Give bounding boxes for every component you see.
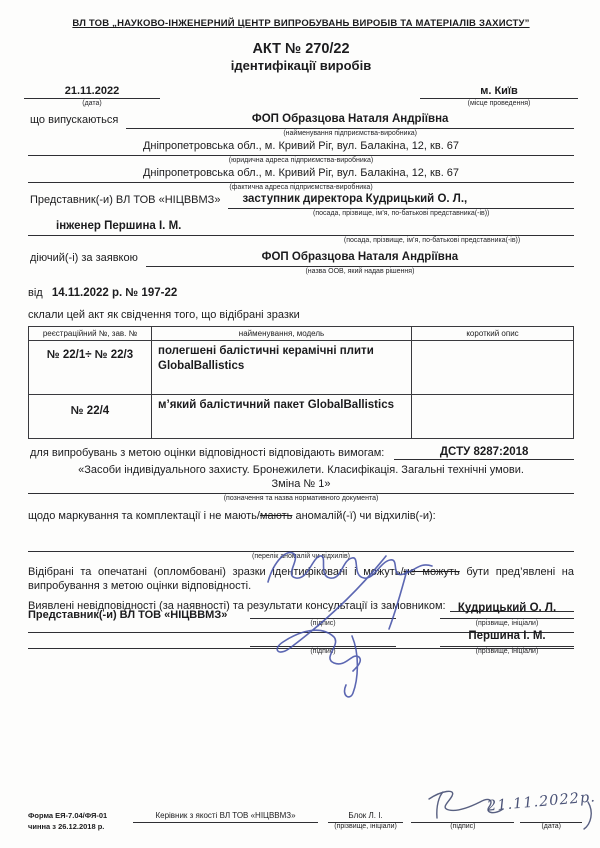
- sealed-text: Відібрані та опечатані (опломбовані) зра…: [28, 566, 404, 578]
- representative2-group: інженер Першина І. М. (посада, прізвище,…: [28, 220, 574, 245]
- standard-code: ДСТУ 8287:2018: [394, 446, 574, 460]
- representative-row-2: інженер Першина І. М. (посада, прізвище,…: [28, 220, 574, 245]
- standard-title-line1: «Засоби індивідуального захисту. Бронежи…: [78, 464, 524, 476]
- applicant-row: діючий(-і) за заявкою ФОП Образцова Ната…: [28, 251, 574, 276]
- legal-address-group: Дніпропетровська обл., м. Кривий Ріг, ву…: [28, 140, 574, 165]
- representative-row-1: Представник(-и) ВЛ ТОВ «НІЦВВМЗ» заступн…: [28, 193, 574, 218]
- sample-desc: [412, 341, 574, 395]
- standard-title-line2: Зміна № 1»: [272, 478, 331, 490]
- signature2-line: [250, 630, 396, 647]
- qa-name-field: Блок Л. І. (прізвище, ініціали): [328, 805, 403, 830]
- signer1-name-field: Кудрицький О. Л. (прізвище, ініціали): [440, 602, 574, 628]
- qa-title-field: Керівник з якості ВЛ ТОВ «НІЦВВМЗ»: [133, 805, 318, 823]
- sample-reg: № 22/4: [29, 395, 152, 439]
- issued-label: що випускаються: [28, 113, 126, 126]
- act-subtitle: ідентифікації виробів: [28, 58, 574, 73]
- date-caption: (дата): [82, 99, 102, 108]
- signature2-caption: (підпис): [250, 647, 396, 656]
- sample-desc: [412, 395, 574, 439]
- anomalies-blank-line: [28, 536, 574, 552]
- qa-name: Блок Л. І.: [328, 805, 403, 823]
- applicant-caption: (назва ООВ, який надав рішення): [146, 267, 574, 276]
- table-header-row: реєстраційний №, зав. № найменування, мо…: [29, 327, 574, 341]
- signer2-caption: (прізвище, ініціали): [440, 647, 574, 656]
- signature2-field: (підпис): [250, 630, 396, 656]
- col-header-desc: короткий опис: [412, 327, 574, 341]
- signing-rep-label: Представник(-и) ВЛ ТОВ «НІЦВВМЗ»: [28, 602, 250, 628]
- samples-table: реєстраційний №, зав. № найменування, мо…: [28, 326, 574, 439]
- signing-block: Представник(-и) ВЛ ТОВ «НІЦВВМЗ» (підпис…: [28, 602, 574, 656]
- applicant-value: ФОП Образцова Наталя Андріївна: [146, 251, 574, 267]
- qa-signature-caption: (підпис): [411, 823, 514, 830]
- order-prefix: від: [28, 287, 43, 299]
- signature1-field: (підпис): [250, 602, 396, 628]
- acting-label: діючий(-і) за заявкою: [28, 251, 146, 264]
- date-value: 21.11.2022: [24, 85, 160, 99]
- representative-label: Представник(-и) ВЛ ТОВ «НІЦВВМЗ»: [28, 193, 228, 206]
- signer2-name-field: Першина І. М. (прізвище, ініціали): [440, 630, 574, 656]
- sample-name: полегшені балістичні керамічні плити Glo…: [152, 341, 412, 395]
- manufacturer-caption: (найменування підприємства-виробника): [126, 129, 574, 138]
- place-value: м. Київ: [420, 85, 578, 99]
- legal-address-caption: (юридична адреса підприємства-виробника): [28, 156, 574, 165]
- sealed-paragraph: Відібрані та опечатані (опломбовані) зра…: [28, 566, 574, 593]
- marking-text: щодо маркування та комплектації і не маю…: [28, 510, 260, 522]
- representative1-caption: (посада, прізвище, ім’я, по-батькові пре…: [228, 209, 574, 218]
- col-header-reg: реєстраційний №, зав. №: [29, 327, 152, 341]
- signing-gap: [396, 630, 440, 656]
- actual-address-caption: (фактична адреса підприємства-виробника): [28, 183, 574, 192]
- representative1-group: заступник директора Кудрицький О. Л., (п…: [228, 193, 574, 218]
- qa-title: Керівник з якості ВЛ ТОВ «НІЦВВМЗ»: [133, 805, 318, 823]
- marking-text-tail: аномалій(-ї) чи відхилів(-и):: [292, 510, 435, 522]
- manufacturer-group: ФОП Образцова Наталя Андріївна (найменув…: [126, 113, 574, 138]
- standard-caption: (позначення та назва нормативного докуме…: [28, 494, 574, 503]
- place-caption: (місце проведення): [468, 99, 531, 108]
- signer2-name: Першина І. М.: [440, 630, 574, 647]
- document-page: ВЛ ТОВ „НАУКОВО-ІНЖЕНЕРНИЙ ЦЕНТР ВИПРОБУ…: [0, 0, 600, 848]
- signing-row-2: (підпис) Першина І. М. (прізвище, ініціа…: [28, 630, 574, 656]
- marking-struck-word: мають: [260, 510, 292, 522]
- signature1-line: [250, 602, 396, 619]
- signing-gap: [396, 602, 440, 628]
- col-header-name: найменування, модель: [152, 327, 412, 341]
- representative2-value: інженер Першина І. М.: [28, 220, 574, 236]
- purpose-row: для випробувань з метою оцінки відповідн…: [28, 446, 574, 460]
- table-row: № 22/4 м’який балістичний пакет GlobalBa…: [29, 395, 574, 439]
- signing-spacer-label: [28, 630, 250, 656]
- qa-date-caption: (дата): [520, 823, 582, 830]
- standard-title: «Засоби індивідуального захисту. Бронежи…: [28, 464, 574, 494]
- anomalies-caption: (перелік аномалій чи відхилів): [28, 552, 574, 561]
- sample-name: м’який балістичний пакет GlobalBallistic…: [152, 395, 412, 439]
- manufacturer-row: що випускаються ФОП Образцова Наталя Анд…: [28, 113, 574, 138]
- applicant-group: ФОП Образцова Наталя Андріївна (назва ОО…: [146, 251, 574, 276]
- actual-address-value: Дніпропетровська обл., м. Кривий Ріг, ву…: [28, 167, 574, 183]
- representative1-value: заступник директора Кудрицький О. Л.,: [228, 193, 574, 209]
- form-code-block: Форма ЕЯ-7.04/ФЯ-01 чинна з 26.12.2018 р…: [28, 805, 129, 832]
- act-title: АКТ № 270/22: [28, 41, 574, 57]
- place-field: м. Київ (місце проведення): [424, 85, 574, 108]
- form-code: Форма ЕЯ-7.04/ФЯ-01: [28, 810, 129, 821]
- manufacturer-value: ФОП Образцова Наталя Андріївна: [126, 113, 574, 129]
- date-field: 21.11.2022 (дата): [28, 85, 156, 108]
- document-content: ВЛ ТОВ „НАУКОВО-ІНЖЕНЕРНИЙ ЦЕНТР ВИПРОБУ…: [0, 0, 600, 649]
- statement-line: склали цей акт як свідчення того, що від…: [28, 309, 574, 321]
- sealed-struck-words: не можуть: [404, 566, 460, 578]
- marking-line: щодо маркування та комплектації і не маю…: [28, 510, 574, 522]
- signature1-caption: (підпис): [250, 619, 396, 628]
- representative2-caption: (посада, прізвище, ім’я, по-батькові пре…: [290, 236, 574, 245]
- qa-name-caption: (прізвище, ініціали): [328, 823, 403, 830]
- signer1-caption: (прізвище, ініціали): [440, 619, 574, 628]
- purpose-label: для випробувань з метою оцінки відповідн…: [28, 446, 394, 459]
- legal-address-value: Дніпропетровська обл., м. Кривий Ріг, ву…: [28, 140, 574, 156]
- sample-reg: № 22/1÷ № 22/3: [29, 341, 152, 395]
- org-header: ВЛ ТОВ „НАУКОВО-ІНЖЕНЕРНИЙ ЦЕНТР ВИПРОБУ…: [28, 18, 574, 29]
- form-valid-date: чинна з 26.12.2018 р.: [28, 821, 129, 832]
- order-line: від 14.11.2022 р. № 197-22: [28, 287, 574, 299]
- legal-address-row: Дніпропетровська обл., м. Кривий Ріг, ву…: [28, 140, 574, 165]
- signing-row-1: Представник(-и) ВЛ ТОВ «НІЦВВМЗ» (підпис…: [28, 602, 574, 628]
- actual-address-row: Дніпропетровська обл., м. Кривий Ріг, ву…: [28, 167, 574, 192]
- signer1-name: Кудрицький О. Л.: [440, 602, 574, 619]
- actual-address-group: Дніпропетровська обл., м. Кривий Ріг, ву…: [28, 167, 574, 192]
- table-row: № 22/1÷ № 22/3 полегшені балістичні кера…: [29, 341, 574, 395]
- date-place-row: 21.11.2022 (дата) м. Київ (місце проведе…: [28, 85, 574, 108]
- order-ref: 14.11.2022 р. № 197-22: [52, 287, 177, 299]
